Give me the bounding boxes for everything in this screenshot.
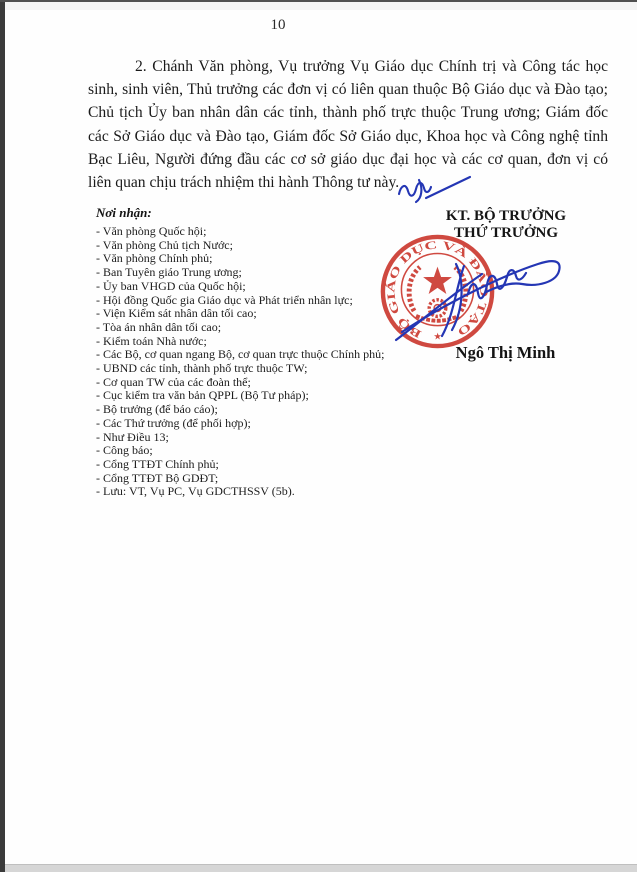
- recipient-item: - Cổng TTĐT Chính phủ;: [96, 458, 426, 472]
- recipient-item: - Ủy ban VHGD của Quốc hội;: [96, 280, 426, 294]
- recipient-item: - Bộ trưởng (để báo cáo);: [96, 403, 426, 417]
- document-page: 10 2. Chánh Văn phòng, Vụ trưởng Vụ Giáo…: [0, 0, 637, 872]
- signer-role-line1: KT. BỘ TRƯỞNG: [422, 208, 590, 225]
- recipients-block: Nơi nhận: - Văn phòng Quốc hội;- Văn phò…: [96, 205, 426, 499]
- recipients-heading: Nơi nhận:: [96, 205, 426, 221]
- recipients-list: - Văn phòng Quốc hội;- Văn phòng Chủ tịc…: [96, 225, 426, 499]
- page-number: 10: [0, 17, 556, 34]
- recipient-item: - Công báo;: [96, 444, 426, 458]
- recipient-item: - Ban Tuyên giáo Trung ương;: [96, 266, 426, 280]
- recipient-item: - Các Thứ trưởng (để phối hợp);: [96, 417, 426, 431]
- scan-bottom-border: [0, 864, 637, 872]
- recipient-item: - Tòa án nhân dân tối cao;: [96, 321, 426, 335]
- recipient-item: - Lưu: VT, Vụ PC, Vụ GDCTHSSV (5b).: [96, 485, 426, 499]
- recipient-item: - Văn phòng Chính phủ;: [96, 252, 426, 266]
- signature-stroke-icon: [390, 230, 575, 350]
- recipient-item: - Cổng TTĐT Bộ GDĐT;: [96, 472, 426, 486]
- body-paragraph: 2. Chánh Văn phòng, Vụ trưởng Vụ Giáo dụ…: [88, 55, 608, 194]
- scan-top-shade: [0, 2, 637, 10]
- recipient-item: - Các Bộ, cơ quan ngang Bộ, cơ quan trực…: [96, 348, 426, 362]
- recipient-item: - Kiểm toán Nhà nước;: [96, 335, 426, 349]
- recipient-item: - Văn phòng Quốc hội;: [96, 225, 426, 239]
- scan-left-border: [0, 0, 5, 872]
- recipient-item: - Như Điều 13;: [96, 431, 426, 445]
- recipient-item: - Cơ quan TW của các đoàn thể;: [96, 376, 426, 390]
- recipient-item: - Viện Kiểm sát nhân dân tối cao;: [96, 307, 426, 321]
- scan-top-border: [0, 0, 637, 2]
- initials-mark-icon: [392, 171, 480, 205]
- recipient-item: - Hội đồng Quốc gia Giáo dục và Phát tri…: [96, 294, 426, 308]
- recipient-item: - UBND các tỉnh, thành phố trực thuộc TW…: [96, 362, 426, 376]
- signer-name: Ngô Thị Minh: [428, 343, 583, 363]
- recipient-item: - Văn phòng Chủ tịch Nước;: [96, 239, 426, 253]
- recipient-item: - Cục kiểm tra văn bản QPPL (Bộ Tư pháp)…: [96, 389, 426, 403]
